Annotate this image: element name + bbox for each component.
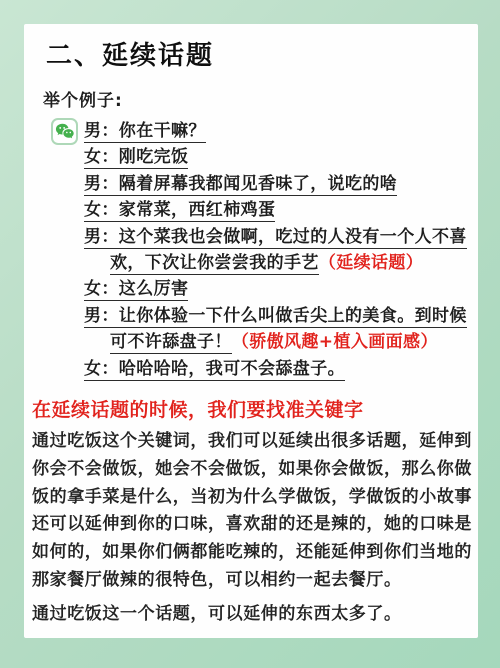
- paragraph-1: 通过吃饭这个关键词，我们可以延续出很多话题，延伸到你会不会做饭，她会不会做饭，如…: [32, 428, 474, 595]
- dialogue-line-text: 男：这个菜我也会做啊，吃过的人没有一个人不喜: [84, 227, 467, 249]
- dialogue-line: 欢，下次让你尝尝我的手艺（延续话题）: [84, 250, 478, 276]
- dialogue-line: 男：你在干嘛？: [84, 118, 478, 144]
- paragraph-line: 饭的拿手菜是什么，当初为什么学做饭，学做饭的小故事: [32, 484, 474, 512]
- dialogue-line-text: 女：这么厉害: [84, 279, 188, 301]
- dialogue-line: 男：这个菜我也会做啊，吃过的人没有一个人不喜: [84, 224, 478, 250]
- dialogue-block: 男：你在干嘛？女：刚吃完饭男：隔着屏幕我都闻见香味了，说吃的啥女：家常菜，西红柿…: [24, 118, 478, 382]
- dialogue-line-text: 可不许舔盘子！: [110, 332, 232, 354]
- dialogue-line-text: 男：让你体验一下什么叫做舌尖上的美食。到时候: [84, 306, 467, 328]
- page-background: 二、延续话题 举个例子: 男：你在干嘛？女：刚吃完饭男：隔: [0, 0, 500, 668]
- dialogue-line: 女：家常菜，西红柿鸡蛋: [84, 197, 478, 223]
- dialogue-line-text: 男：你在干嘛？: [84, 121, 206, 143]
- dialogue-line: 女：哈哈哈哈，我可不会舔盘子。: [84, 356, 478, 382]
- wechat-icon: [51, 118, 78, 145]
- dialogue-line: 女：刚吃完饭: [84, 144, 478, 170]
- section-title: 二、延续话题: [46, 35, 214, 72]
- paragraph-line: 还可以延伸到你的口味，喜欢甜的还是辣的，她的口味是: [32, 511, 474, 539]
- dialogue-lines: 男：你在干嘛？女：刚吃完饭男：隔着屏幕我都闻见香味了，说吃的啥女：家常菜，西红柿…: [84, 118, 478, 382]
- paragraph-line: 那家餐厅做辣的很特色，可以相约一起去餐厅。: [32, 567, 474, 595]
- key-point-heading: 在延续话题的时候，我们要找准关键字: [32, 395, 364, 422]
- paragraph-line: 通过吃饭这个关键词，我们可以延续出很多话题，延伸到: [32, 428, 474, 456]
- dialogue-line-text: 女：家常菜，西红柿鸡蛋: [84, 200, 275, 222]
- dialogue-line: 女：这么厉害: [84, 276, 478, 302]
- paragraph-line: 如何的，如果你们俩都能吃辣的，还能延伸到你们当地的: [32, 539, 474, 567]
- paragraph-2: 通过吃饭这一个话题，可以延伸的东西太多了。: [32, 601, 474, 629]
- dialogue-line: 可不许舔盘子！（骄傲风趣+植入画面感）: [84, 329, 478, 355]
- dialogue-annotation: （延续话题）: [319, 253, 423, 273]
- paragraph-line: 你会不会做饭，她会不会做饭，如果你会做饭，那么你做: [32, 456, 474, 484]
- dialogue-line-text: 女：哈哈哈哈，我可不会舔盘子。: [84, 359, 345, 381]
- content-card: 二、延续话题 举个例子: 男：你在干嘛？女：刚吃完饭男：隔: [24, 24, 478, 638]
- example-label: 举个例子:: [43, 86, 123, 111]
- dialogue-line-text: 女：刚吃完饭: [84, 147, 188, 169]
- dialogue-line: 男：让你体验一下什么叫做舌尖上的美食。到时候: [84, 303, 478, 329]
- dialogue-line-text: 男：隔着屏幕我都闻见香味了，说吃的啥: [84, 174, 397, 196]
- dialogue-line-text: 欢，下次让你尝尝我的手艺: [110, 253, 319, 275]
- dialogue-annotation: （骄傲风趣+植入画面感）: [232, 332, 438, 352]
- dialogue-line: 男：隔着屏幕我都闻见香味了，说吃的啥: [84, 171, 478, 197]
